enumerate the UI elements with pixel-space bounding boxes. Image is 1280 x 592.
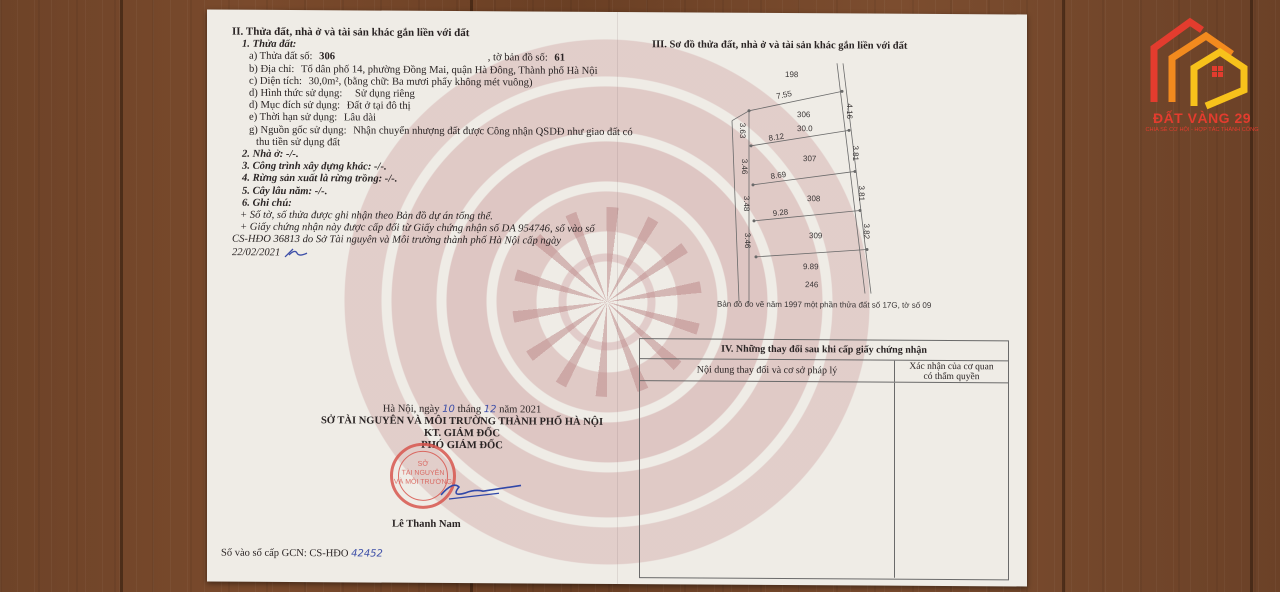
wood-seam: [1062, 0, 1065, 592]
svg-text:7.55: 7.55: [776, 89, 794, 101]
svg-text:3.46: 3.46: [740, 159, 749, 175]
section-land-details: II. Thửa đất, nhà ở và tài sản khác gắn …: [232, 26, 632, 262]
svg-text:3.82: 3.82: [862, 223, 871, 239]
svg-text:9.28: 9.28: [772, 207, 789, 218]
changes-table: IV. Những thay đổi sau khi cấp giấy chứn…: [639, 338, 1009, 580]
column-change-content: Nội dung thay đổi và cơ sở pháp lý: [640, 359, 895, 382]
usage-form-value: Sử dụng riêng: [355, 88, 415, 99]
svg-text:308: 308: [807, 194, 821, 203]
svg-text:3.81: 3.81: [857, 185, 866, 201]
svg-text:309: 309: [809, 231, 823, 240]
land-certificate: II. Thửa đất, nhà ở và tài sản khác gắn …: [207, 9, 1027, 586]
map-sheet-number: 61: [554, 53, 565, 64]
signature-icon: [439, 477, 524, 504]
registry-number-row: Số vào sổ cấp GCN: CS-HĐO 42452: [221, 548, 383, 560]
registry-number: 42452: [351, 548, 383, 559]
issue-month: 12: [484, 404, 497, 415]
note-line: 22/02/2021: [232, 246, 632, 261]
brand-name: ĐẤT VÀNG 29: [1132, 110, 1272, 126]
neighbor-parcel-198: 198: [785, 70, 799, 79]
issuing-department: SỞ TÀI NGUYÊN VÀ MÔI TRƯỜNG THÀNH PHỐ HÀ…: [302, 415, 622, 428]
signer-role-1: KT. GIÁM ĐỐC: [302, 427, 622, 440]
svg-text:3.48: 3.48: [742, 196, 751, 212]
svg-text:3.63: 3.63: [738, 123, 747, 139]
origin-value: Nhận chuyển nhượng đất được Công nhận QS…: [353, 125, 632, 138]
svg-text:307: 307: [803, 154, 817, 163]
column-authority-confirmation: Xác nhận của cơ quan có thẩm quyền: [895, 361, 1008, 383]
signature-block: Hà Nội, ngày 10 tháng 12 năm 2021 SỞ TÀI…: [302, 403, 622, 452]
house-logo-icon: [1132, 10, 1272, 110]
dat-vang-29-logo: ĐẤT VÀNG 29 CHIA SẺ CƠ HỘI - HỢP TÁC THÀ…: [1132, 10, 1272, 135]
changes-table-header: Nội dung thay đổi và cơ sở pháp lý Xác n…: [640, 359, 1008, 383]
wood-seam: [120, 0, 123, 592]
purpose-value: Đất ở tại đô thị: [347, 101, 411, 112]
issue-day: 10: [442, 404, 455, 415]
parcel-number: 306: [319, 52, 335, 63]
brand-tagline: CHIA SẺ CƠ HỘI - HỢP TÁC THÀNH CÔNG: [1132, 127, 1272, 133]
area-value: 30,0m², (bằng chữ: Ba mươi phẩy không mé…: [309, 76, 533, 88]
section4-title: IV. Những thay đổi sau khi cấp giấy chứn…: [640, 339, 1008, 361]
issue-date: Hà Nội, ngày 10 tháng 12 năm 2021: [302, 403, 622, 416]
svg-text:3.81: 3.81: [851, 145, 860, 161]
change-content-cell: [640, 381, 895, 578]
changes-table-body: [640, 381, 1008, 578]
section3-title: III. Sơ đồ thửa đất, nhà ở và tài sản kh…: [652, 39, 907, 52]
svg-text:3.46: 3.46: [743, 233, 752, 249]
plan-caption: Bản đồ đo vẽ năm 1997 một phần thửa đất …: [717, 300, 931, 310]
signer-role-2: PHÓ GIÁM ĐỐC: [302, 439, 622, 452]
svg-text:9.89: 9.89: [803, 262, 819, 271]
svg-text:4.16: 4.16: [845, 103, 854, 119]
signer-name: Lê Thanh Nam: [392, 519, 461, 530]
section2-title: II. Thửa đất, nhà ở và tài sản khác gắn …: [232, 26, 632, 41]
initials-signature-icon: [283, 247, 309, 259]
neighbor-parcel-246: 246: [805, 280, 819, 289]
svg-text:306: 306: [797, 110, 811, 119]
svg-text:8.69: 8.69: [770, 170, 787, 181]
svg-text:30.0: 30.0: [797, 124, 813, 133]
parcel-plan-diagram: 198 246 30630.0 307 308 309 7.55 8.12 8.…: [697, 52, 897, 313]
address-value: Tổ dân phố 14, phường Đồng Mai, quận Hà …: [301, 64, 598, 77]
term-value: Lâu dài: [344, 113, 376, 124]
